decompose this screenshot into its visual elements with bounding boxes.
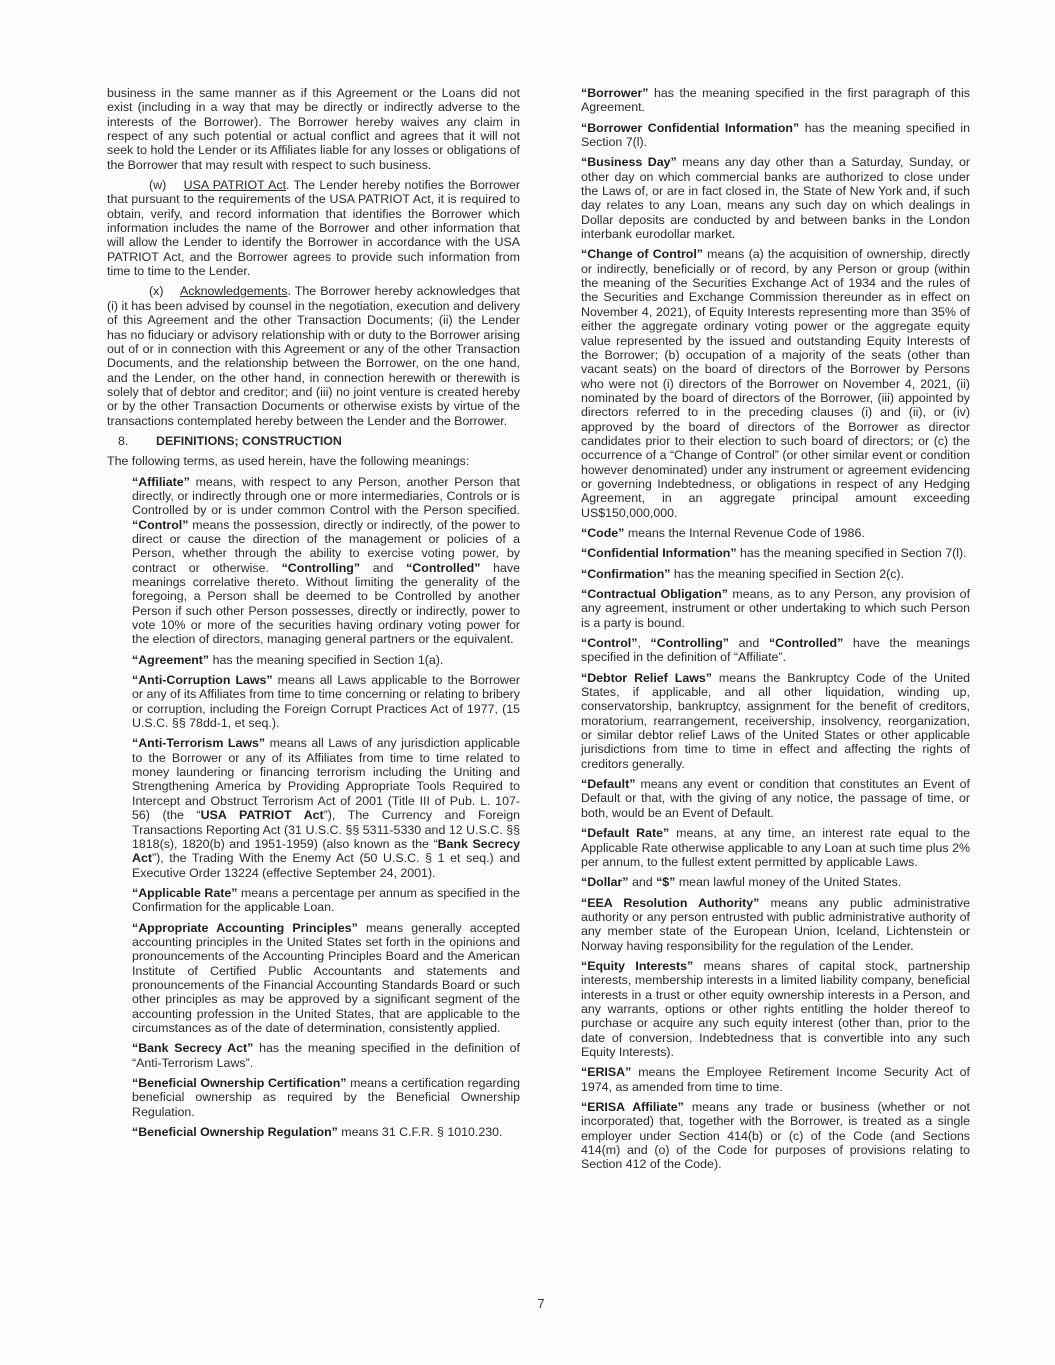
definition-text: means the Employee Retirement Income Sec… (581, 1065, 970, 1093)
definition-code: “Code” means the Internal Revenue Code o… (581, 526, 970, 540)
definition-text: means generally accepted accounting prin… (132, 921, 520, 1035)
definition-beneficial-ownership-regulation: “Beneficial Ownership Regulation” means … (132, 1125, 520, 1139)
definitions-lead: The following terms, as used herein, hav… (107, 454, 520, 468)
section-x-label: (x) (149, 284, 163, 298)
definition-borrower-confidential-information: “Borrower Confidential Information” has … (581, 121, 970, 150)
definition-text: has the meaning specified in Section 1(a… (209, 653, 443, 667)
definition-text: means (a) the acquisition of ownership, … (581, 247, 970, 519)
defined-term: “Change of Control” (581, 247, 703, 261)
definition-appropriate-accounting-principles: “Appropriate Accounting Principles” mean… (132, 921, 520, 1036)
definition-dollar: “Dollar” and “$” mean lawful money of th… (581, 875, 970, 889)
section-x-text: . The Borrower hereby acknowledges that … (107, 284, 520, 427)
definition-text: means the Bankruptcy Code of the United … (581, 671, 970, 771)
definition-eea-resolution-authority: “EEA Resolution Authority” means any pub… (581, 896, 970, 953)
defined-term: “Controlled” (406, 561, 480, 575)
definition-affiliate: “Affiliate” means, with respect to any P… (132, 475, 520, 647)
definition-applicable-rate: “Applicable Rate” means a percentage per… (132, 886, 520, 915)
defined-term: “Contractual Obligation” (581, 587, 728, 601)
defined-term: “Control” (132, 518, 188, 532)
defined-term: “Controlled” (769, 636, 843, 650)
definition-text: , (637, 636, 650, 650)
definition-default: “Default” means any event or condition t… (581, 777, 970, 820)
page-number: 7 (0, 1296, 1055, 1311)
definition-beneficial-ownership-certification: “Beneficial Ownership Certification” mea… (132, 1076, 520, 1119)
defined-term: “Borrower Confidential Information” (581, 121, 799, 135)
definition-text: and (629, 875, 657, 889)
defined-term: “Anti-Corruption Laws” (132, 673, 273, 687)
definition-contractual-obligation: “Contractual Obligation” means, as to an… (581, 587, 970, 630)
defined-term: “Debtor Relief Laws” (581, 671, 712, 685)
definition-confirmation: “Confirmation” has the meaning specified… (581, 567, 970, 581)
definition-borrower: “Borrower” has the meaning specified in … (581, 86, 970, 115)
definition-text: has the meaning specified in Section 7(l… (737, 546, 967, 560)
defined-term: “Borrower” (581, 86, 648, 100)
defined-term: “Beneficial Ownership Certification” (132, 1076, 346, 1090)
defined-term: “Bank Secrecy Act” (132, 1041, 253, 1055)
defined-term: “Appropriate Accounting Principles” (132, 921, 358, 935)
definition-text: and (360, 561, 406, 575)
defined-term: “EEA Resolution Authority” (581, 896, 759, 910)
section-w-text: . The Lender hereby notifies the Borrowe… (107, 178, 520, 278)
section-number: 8. (118, 434, 156, 448)
definition-debtor-relief-laws: “Debtor Relief Laws” means the Bankruptc… (581, 671, 970, 771)
defined-term: “Controlling” (282, 561, 360, 575)
defined-term: “Default Rate” (581, 826, 669, 840)
left-column: business in the same manner as if this A… (107, 86, 520, 1145)
section-x-title: Acknowledgements (180, 284, 287, 298)
defined-term: “Affiliate” (132, 475, 190, 489)
definition-anti-corruption-laws: “Anti-Corruption Laws” means all Laws ap… (132, 673, 520, 730)
definition-agreement: “Agreement” has the meaning specified in… (132, 653, 520, 667)
section-heading: 8.DEFINITIONS; CONSTRUCTION (118, 434, 520, 448)
defined-term: “Code” (581, 526, 624, 540)
defined-term: “Control” (581, 636, 637, 650)
defined-term: “Beneficial Ownership Regulation” (132, 1125, 338, 1139)
definition-text: means, with respect to any Person, anoth… (132, 475, 520, 518)
section-x-paragraph: (x) Acknowledgements. The Borrower hereb… (107, 284, 520, 427)
definition-erisa-affiliate: “ERISA Affiliate” means any trade or bus… (581, 1100, 970, 1172)
defined-term: USA PATRIOT Act (201, 808, 324, 822)
definition-text: means shares of capital stock, partnersh… (581, 959, 970, 1059)
definition-text: has the meaning specified in Section 2(c… (670, 567, 904, 581)
defined-term: “Business Day” (581, 155, 677, 169)
definition-text: means the Internal Revenue Code of 1986. (624, 526, 864, 540)
definition-change-of-control: “Change of Control” means (a) the acquis… (581, 247, 970, 520)
defined-term: “ERISA Affiliate” (581, 1100, 684, 1114)
defined-term: “Equity Interests” (581, 959, 693, 973)
defined-term: “Confidential Information” (581, 546, 737, 560)
defined-term: “Agreement” (132, 653, 209, 667)
definition-text: mean lawful money of the United States. (675, 875, 901, 889)
definition-anti-terrorism-laws: “Anti-Terrorism Laws” means all Laws of … (132, 736, 520, 879)
definition-confidential-information: “Confidential Information” has the meani… (581, 546, 970, 560)
definition-text: ”), the Trading With the Enemy Act (50 U… (132, 851, 520, 879)
definition-text: and (729, 636, 769, 650)
defined-term: “Default” (581, 777, 635, 791)
definition-text: means 31 C.F.R. § 1010.230. (338, 1125, 503, 1139)
definition-business-day: “Business Day” means any day other than … (581, 155, 970, 241)
right-column: “Borrower” has the meaning specified in … (581, 86, 970, 1178)
section-w-title: USA PATRIOT Act (184, 178, 286, 192)
section-title: DEFINITIONS; CONSTRUCTION (156, 434, 342, 448)
defined-term: “Anti-Terrorism Laws” (132, 736, 265, 750)
definition-default-rate: “Default Rate” means, at any time, an in… (581, 826, 970, 869)
defined-term: “$” (656, 875, 675, 889)
definition-text: means any event or condition that consti… (581, 777, 970, 820)
defined-term: “ERISA” (581, 1065, 631, 1079)
defined-term: “Controlling” (651, 636, 729, 650)
continuation-paragraph: business in the same manner as if this A… (107, 86, 520, 172)
definition-erisa: “ERISA” means the Employee Retirement In… (581, 1065, 970, 1094)
definition-bank-secrecy-act: “Bank Secrecy Act” has the meaning speci… (132, 1041, 520, 1070)
document-page: business in the same manner as if this A… (0, 0, 1055, 1365)
definition-equity-interests: “Equity Interests” means shares of capit… (581, 959, 970, 1059)
defined-term: “Applicable Rate” (132, 886, 237, 900)
defined-term: “Dollar” (581, 875, 629, 889)
definition-control: “Control”, “Controlling” and “Controlled… (581, 636, 970, 665)
section-w-paragraph: (w) USA PATRIOT Act. The Lender hereby n… (107, 178, 520, 278)
defined-term: “Confirmation” (581, 567, 670, 581)
section-w-label: (w) (149, 178, 166, 192)
